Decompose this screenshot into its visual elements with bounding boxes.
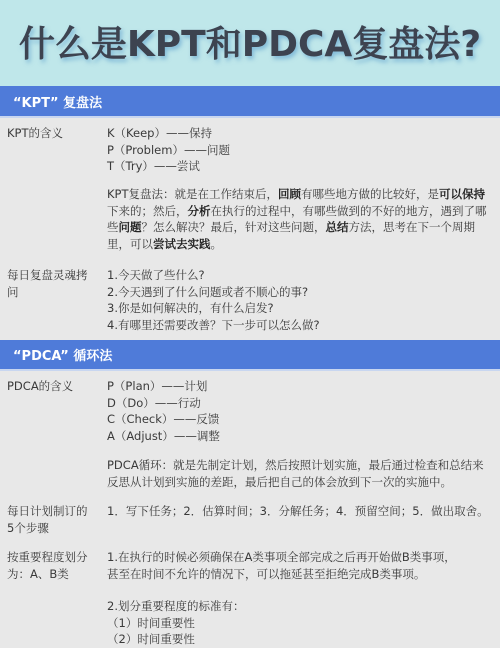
kpt-item-keep: K（Keep）——保持 — [107, 125, 492, 142]
title-banner: 什么是KPT和PDCA复盘法? — [0, 0, 500, 86]
pdca-item-adjust: A（Adjust）——调整 — [107, 428, 492, 445]
section-header-kpt: “KPT” 复盘法 — [0, 86, 500, 118]
soul-questions-list: 1.今天做了些什么? 2.今天遇到了什么问题或者不顺心的事? 3.你是如何解决的… — [107, 267, 492, 333]
daily-plan-label: 每日计划制订的 5个步骤 — [7, 503, 102, 536]
kpt-item-try: T（Try）——尝试 — [107, 158, 492, 175]
importance-rule-line: 1.在执行的时候必须确保在A类事项全部完成之后再开始做B类事项， — [107, 549, 492, 566]
question-item: 4.有哪里还需要改善？下一步可以怎么做? — [107, 317, 492, 334]
kpt-meaning-label: KPT的含义 — [7, 125, 102, 142]
section-header-pdca: “PDCA” 循环法 — [0, 340, 500, 371]
pdca-item-plan: P（Plan）——计划 — [107, 378, 492, 395]
criteria-title: 2.划分重要程度的标准有： — [107, 598, 492, 615]
pdca-item-check: C（Check）——反馈 — [107, 411, 492, 428]
kpt-meaning-list: K（Keep）——保持 P（Problem）——问题 T（Try）——尝试 — [107, 125, 492, 175]
section-title-kpt: “KPT” 复盘法 — [13, 92, 102, 111]
kpt-description: KPT复盘法：就是在工作结束后，回顾有哪些地方做的比较好，是可以保持下来的；然后… — [107, 186, 492, 252]
soul-questions-label: 每日复盘灵魂拷 问 — [7, 267, 102, 300]
importance-rule-line: 甚至在时间不允许的情况下，可以拖延甚至拒绝完成B类事项。 — [107, 566, 492, 583]
criteria-item: （2）时间重要性 — [107, 631, 492, 648]
section-title-pdca: “PDCA” 循环法 — [13, 345, 112, 364]
pdca-description: PDCA循环：就是先制定计划，然后按照计划实施，最后通过检查和总结来反思从计划到… — [107, 457, 492, 490]
importance-label: 按重要程度划分 为：A、B类 — [7, 549, 102, 582]
question-item: 2.今天遇到了什么问题或者不顺心的事? — [107, 284, 492, 301]
question-item: 3.你是如何解决的，有什么启发? — [107, 300, 492, 317]
pdca-meaning-list: P（Plan）——计划 D（Do）——行动 C（Check）——反馈 A（Adj… — [107, 378, 492, 444]
page-title: 什么是KPT和PDCA复盘法? — [19, 16, 481, 67]
importance-content: 1.在执行的时候必须确保在A类事项全部完成之后再开始做B类事项， 甚至在时间不允… — [107, 549, 492, 648]
daily-plan-steps: 1．写下任务；2．估算时间；3．分解任务；4．预留空间；5．做出取舍。 — [107, 503, 492, 520]
pdca-meaning-label: PDCA的含义 — [7, 378, 102, 395]
question-item: 1.今天做了些什么? — [107, 267, 492, 284]
pdca-item-do: D（Do）——行动 — [107, 395, 492, 412]
kpt-item-problem: P（Problem）——问题 — [107, 142, 492, 159]
criteria-item: （1）时间重要性 — [107, 615, 492, 632]
